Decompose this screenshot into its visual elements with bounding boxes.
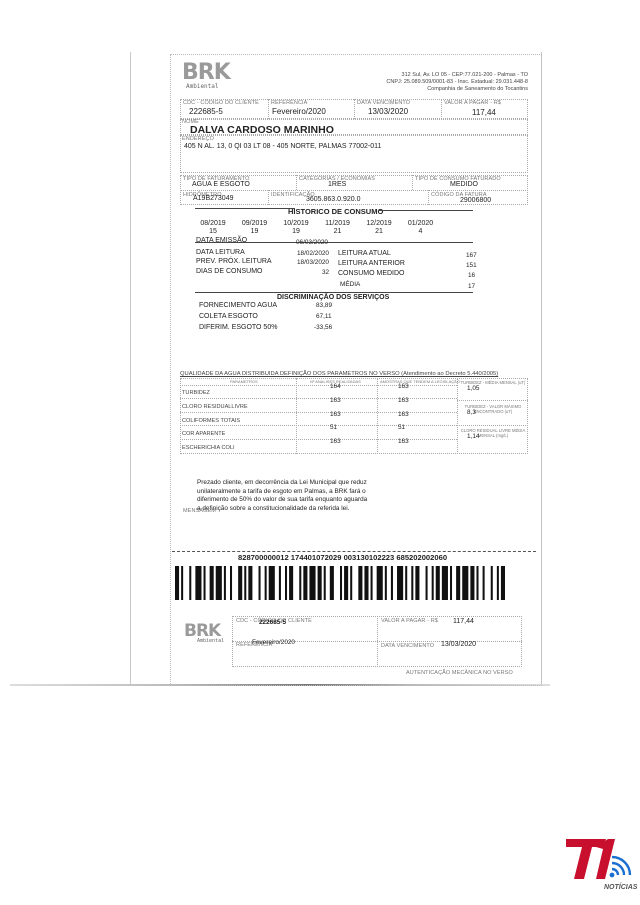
quality-side-stat: TURBIDEZ - MÉDIA MENSAL (uT)1,05 (458, 380, 528, 385)
history-month: 01/20204 (401, 220, 441, 236)
next-reading-label: PREV. PRÓX. LEITURA (196, 258, 272, 265)
brk-logo-subtitle: Ambiental (186, 83, 219, 90)
measured-label: CONSUMO MEDIDO (338, 270, 405, 277)
quality-row: COLIFORMES TOTAIS 163 163 (180, 413, 457, 427)
previous-reading-label: LEITURA ANTERIOR (338, 260, 405, 267)
company-cnpj: CNPJ: 25.089.509/0001-83 - Insc. Estadua… (340, 79, 528, 86)
reading-date-value: 18/02/2020 (297, 250, 329, 257)
message-text: Prezado cliente, em decorrência da Lei M… (197, 479, 367, 513)
customer-address: 405 N AL. 13, 0 QI 03 LT 08 - 405 NORTE,… (184, 143, 381, 150)
stub-cdc-value: 222685-5 (259, 619, 286, 626)
cdc-label: CDC - CÓDIGO DO CLIENTE (183, 100, 259, 106)
meter-value: A19B273049 (193, 195, 233, 202)
address-box (180, 135, 528, 173)
quality-row: CLORO RESIDUALLIVRE 163 163 (180, 399, 457, 413)
history-months: 08/20191509/20191910/20191911/20192112/2… (193, 220, 493, 238)
t1-subtitle: NOTÍCIAS (604, 884, 637, 891)
services-title: DISCRIMINAÇÃO DOS SERVIÇOS (277, 294, 389, 301)
reading-date-label: DATA LEITURA (196, 249, 245, 256)
emission-value: 06/03/2020 (296, 239, 328, 246)
stub-amount-value: 117,44 (453, 618, 474, 625)
next-reading-value: 18/03/2020 (297, 259, 329, 266)
quality-row: COR APARENTE 51 51 (180, 426, 457, 440)
message-label: MENSAGEM (183, 508, 216, 514)
quality-side-stat: TURBIDEZ - VALOR MÁXIMO ENCONTRADO (uT)8… (458, 404, 528, 414)
quality-side-stat: CLORO RESIDUAL LIVRE MÉDIA MENSAL (mg/L)… (458, 428, 528, 438)
previous-reading-value: 151 (466, 262, 477, 269)
history-month: 11/201921 (318, 220, 358, 236)
stub-due-value: 13/03/2020 (441, 641, 476, 648)
current-reading-value: 167 (466, 252, 477, 259)
reference-label: REFERÊNCIA (271, 100, 307, 106)
stub-due-label: DATA VENCIMENTO (381, 643, 434, 649)
history-title: HISTORICO DE CONSUMO (288, 207, 383, 216)
days-value: 32 (322, 269, 329, 276)
billing-type-value: AGUA E ESGOTO (192, 181, 250, 188)
barcode (175, 566, 640, 600)
due-date-value: 13/03/2020 (368, 107, 408, 116)
category-value: 1RES (328, 181, 346, 188)
emission-label: DATA EMISSÃO (196, 237, 247, 244)
quality-row: ESCHERICHIA COLI 163 163 (180, 440, 457, 454)
amount-value: 117,44 (472, 108, 496, 117)
brk-logo: BRK (182, 60, 230, 85)
history-month: 09/201919 (235, 220, 275, 236)
days-label: DIAS DE CONSUMO (196, 268, 263, 275)
company-address: 312 Sul, Av. LO 05 - CEP:77.021-200 - Pa… (340, 72, 528, 79)
col-compliant: AMOSTRAS QUE TENDEM A LEGISLAÇÃO (380, 379, 460, 384)
company-name: Companhia de Saneamento do Tocantins (340, 86, 528, 93)
company-info: 312 Sul, Av. LO 05 - CEP:77.021-200 - Pa… (340, 72, 528, 93)
cut-line (172, 551, 536, 552)
t1-noticias-logo: NOTÍCIAS (566, 835, 640, 904)
stub-reference-value: Fevereiro/2020 (252, 639, 295, 646)
col-parameters: PARAMETROS (230, 379, 258, 384)
invoice-code-value: 29006800 (460, 197, 491, 204)
amount-label: VALOR A PAGAR - R$ (444, 100, 501, 106)
brk-logo-stub-subtitle: Ambiental (197, 638, 224, 644)
measured-value: 16 (468, 272, 475, 279)
history-month: 10/201919 (276, 220, 316, 236)
cdc-value: 222685-5 (189, 107, 223, 116)
stub-amount-label: VALOR A PAGAR - R$ (381, 618, 438, 624)
reference-value: Fevereiro/2020 (272, 107, 326, 116)
quality-row: TURBIDEZ 164 163 (180, 385, 457, 399)
average-label: MÉDIA (340, 281, 360, 288)
barcode-number: 828700000012 174401072029 003130102223 6… (238, 553, 447, 562)
identification-value: 3605.863.0.920.0 (306, 196, 361, 203)
due-date-label: DATA VENCIMENTO (357, 100, 410, 106)
history-month: 12/201921 (359, 220, 399, 236)
average-value: 17 (468, 283, 475, 290)
quality-title: QUALIDADE DA AGUA DISTRIBUIDA DEFINIÇÃO … (180, 371, 498, 377)
history-month: 08/201915 (193, 220, 233, 236)
current-reading-label: LEITURA ATUAL (338, 250, 391, 257)
address-label: ENDEREÇO (182, 136, 214, 142)
auth-notice: AUTENTICAÇÃO MECÂNICA NO VERSO (406, 670, 513, 676)
consumption-type-value: MEDIDO (450, 181, 478, 188)
